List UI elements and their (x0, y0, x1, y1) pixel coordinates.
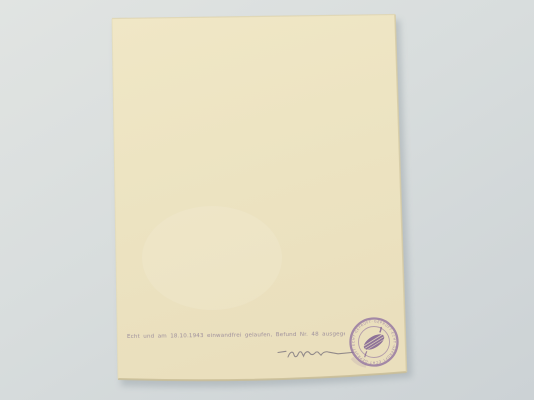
paper-photo-svg: GEPRÜFT·ECHT·GEPRÜFT·ECHT·GEPRÜFT·ECHT·G… (0, 0, 534, 400)
photo-scene: GEPRÜFT·ECHT·GEPRÜFT·ECHT·GEPRÜFT·ECHT·G… (0, 0, 534, 400)
